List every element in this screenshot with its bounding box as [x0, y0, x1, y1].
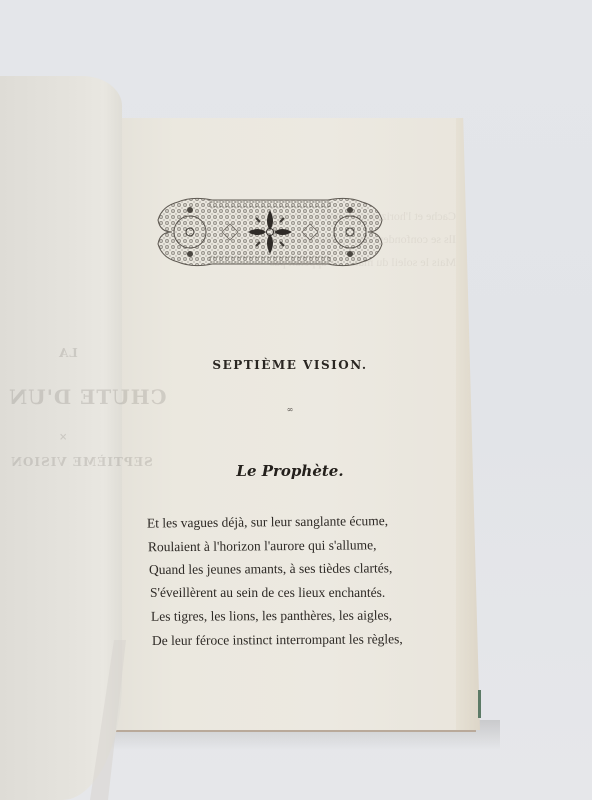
bleed-through-text: SEPTIÈME VISION — [10, 455, 153, 469]
verse-line: De leur féroce instinct interrompant les… — [152, 626, 447, 652]
verse-line: Les tigres, les lions, les panthères, le… — [151, 603, 447, 628]
verse-line: Roulaient à l'horizon l'aurore qui s'all… — [148, 532, 447, 558]
cover-edge — [478, 690, 481, 718]
ornament-icon — [152, 190, 388, 274]
verse-line: Et les vagues déjà, sur leur sanglante é… — [147, 508, 447, 535]
speaker-heading: Le Prophète. — [230, 462, 350, 480]
bleed-through-text: CHUTE D'UN — [8, 385, 167, 409]
section-title: SEPTIÈME VISION. — [200, 358, 380, 372]
divider-ornament: ∞ — [275, 405, 305, 414]
bleed-through-text: × — [58, 432, 67, 443]
page-block-edge — [456, 118, 480, 730]
bleed-through-text: LA — [58, 346, 78, 360]
poem-verse: Et les vagues déjà, sur leur sanglante é… — [147, 510, 447, 651]
verse-line: Quand les jeunes amants, à ses tièdes cl… — [149, 556, 447, 582]
verse-line: S'éveillèrent au sein de ces lieux encha… — [150, 581, 447, 605]
